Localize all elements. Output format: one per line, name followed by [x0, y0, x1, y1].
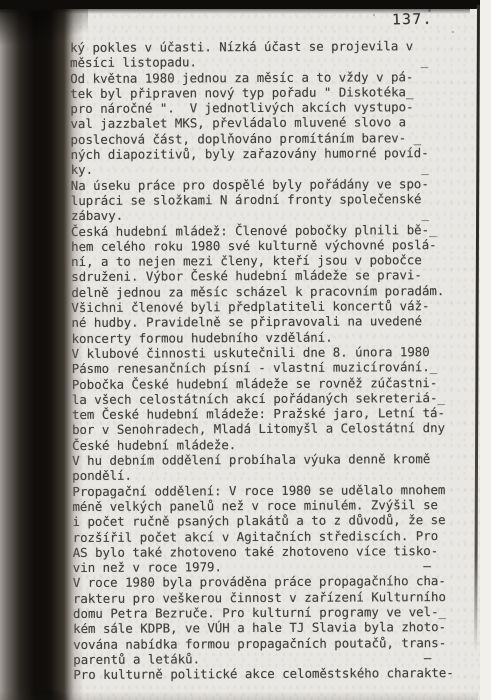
scan-bottom-shadow — [0, 691, 478, 700]
scan-top-edge — [0, 0, 482, 9]
scan-speck — [373, 14, 375, 16]
typewritten-text: ký pokles v účasti. Nízká účast se proje… — [70, 38, 465, 683]
scan-speck — [452, 31, 454, 33]
binding-shadow — [0, 0, 88, 700]
page-number: 137. — [392, 12, 433, 29]
scanned-document-page: ký pokles v účasti. Nízká účast se proje… — [0, 0, 491, 700]
scan-top-edge-fade — [0, 9, 470, 14]
page-margin-strip — [480, 0, 491, 700]
scan-speck — [428, 9, 431, 12]
